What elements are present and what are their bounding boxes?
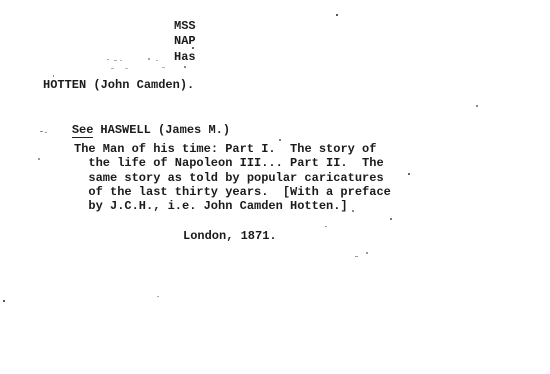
scan-speck bbox=[111, 68, 114, 69]
description-line: the life of Napoleon III... Part II. The bbox=[88, 156, 390, 170]
scan-speck bbox=[336, 14, 338, 16]
shelfmark-line: MSS bbox=[174, 19, 196, 34]
scan-speck bbox=[352, 210, 354, 212]
imprint-line: London, 1871. bbox=[183, 229, 277, 243]
see-label: See bbox=[72, 123, 94, 138]
scan-speck bbox=[162, 67, 165, 68]
shelfmark-block: MSS NAP Has bbox=[174, 19, 196, 65]
scan-speck bbox=[114, 60, 117, 61]
scan-speck bbox=[120, 60, 122, 61]
scan-speck bbox=[53, 75, 54, 77]
description-line: same story as told by popular caricature… bbox=[88, 171, 390, 185]
scan-speck bbox=[476, 105, 478, 107]
scan-speck bbox=[355, 256, 358, 257]
author-heading: HOTTEN (John Camden). bbox=[43, 78, 194, 92]
scan-speck bbox=[107, 59, 109, 60]
description-line: by J.C.H., i.e. John Camden Hotten.] bbox=[88, 199, 390, 213]
scan-speck bbox=[184, 66, 186, 68]
scan-speck bbox=[157, 296, 159, 297]
catalog-card-scan: MSS NAP Has HOTTEN (John Camden). SeeHAS… bbox=[0, 0, 550, 374]
scan-speck bbox=[125, 68, 128, 69]
scan-speck bbox=[408, 173, 410, 175]
scan-speck bbox=[40, 131, 43, 132]
scan-speck bbox=[156, 60, 158, 61]
scan-speck bbox=[325, 226, 327, 227]
description-line: The Man of his time: Part I. The story o… bbox=[74, 142, 391, 156]
shelfmark-line: Has bbox=[174, 50, 196, 65]
description-block: The Man of his time: Part I. The story o… bbox=[74, 142, 391, 214]
scan-speck bbox=[366, 252, 368, 254]
scan-speck bbox=[192, 47, 194, 49]
scan-speck bbox=[279, 139, 281, 141]
scan-speck bbox=[390, 218, 392, 220]
see-reference-target: HASWELL (James M.) bbox=[100, 123, 230, 137]
scan-speck bbox=[45, 132, 47, 133]
scan-speck bbox=[3, 300, 5, 302]
description-line: of the last thirty years. [With a prefac… bbox=[88, 185, 390, 199]
scan-speck bbox=[38, 158, 40, 160]
scan-speck bbox=[148, 58, 150, 60]
